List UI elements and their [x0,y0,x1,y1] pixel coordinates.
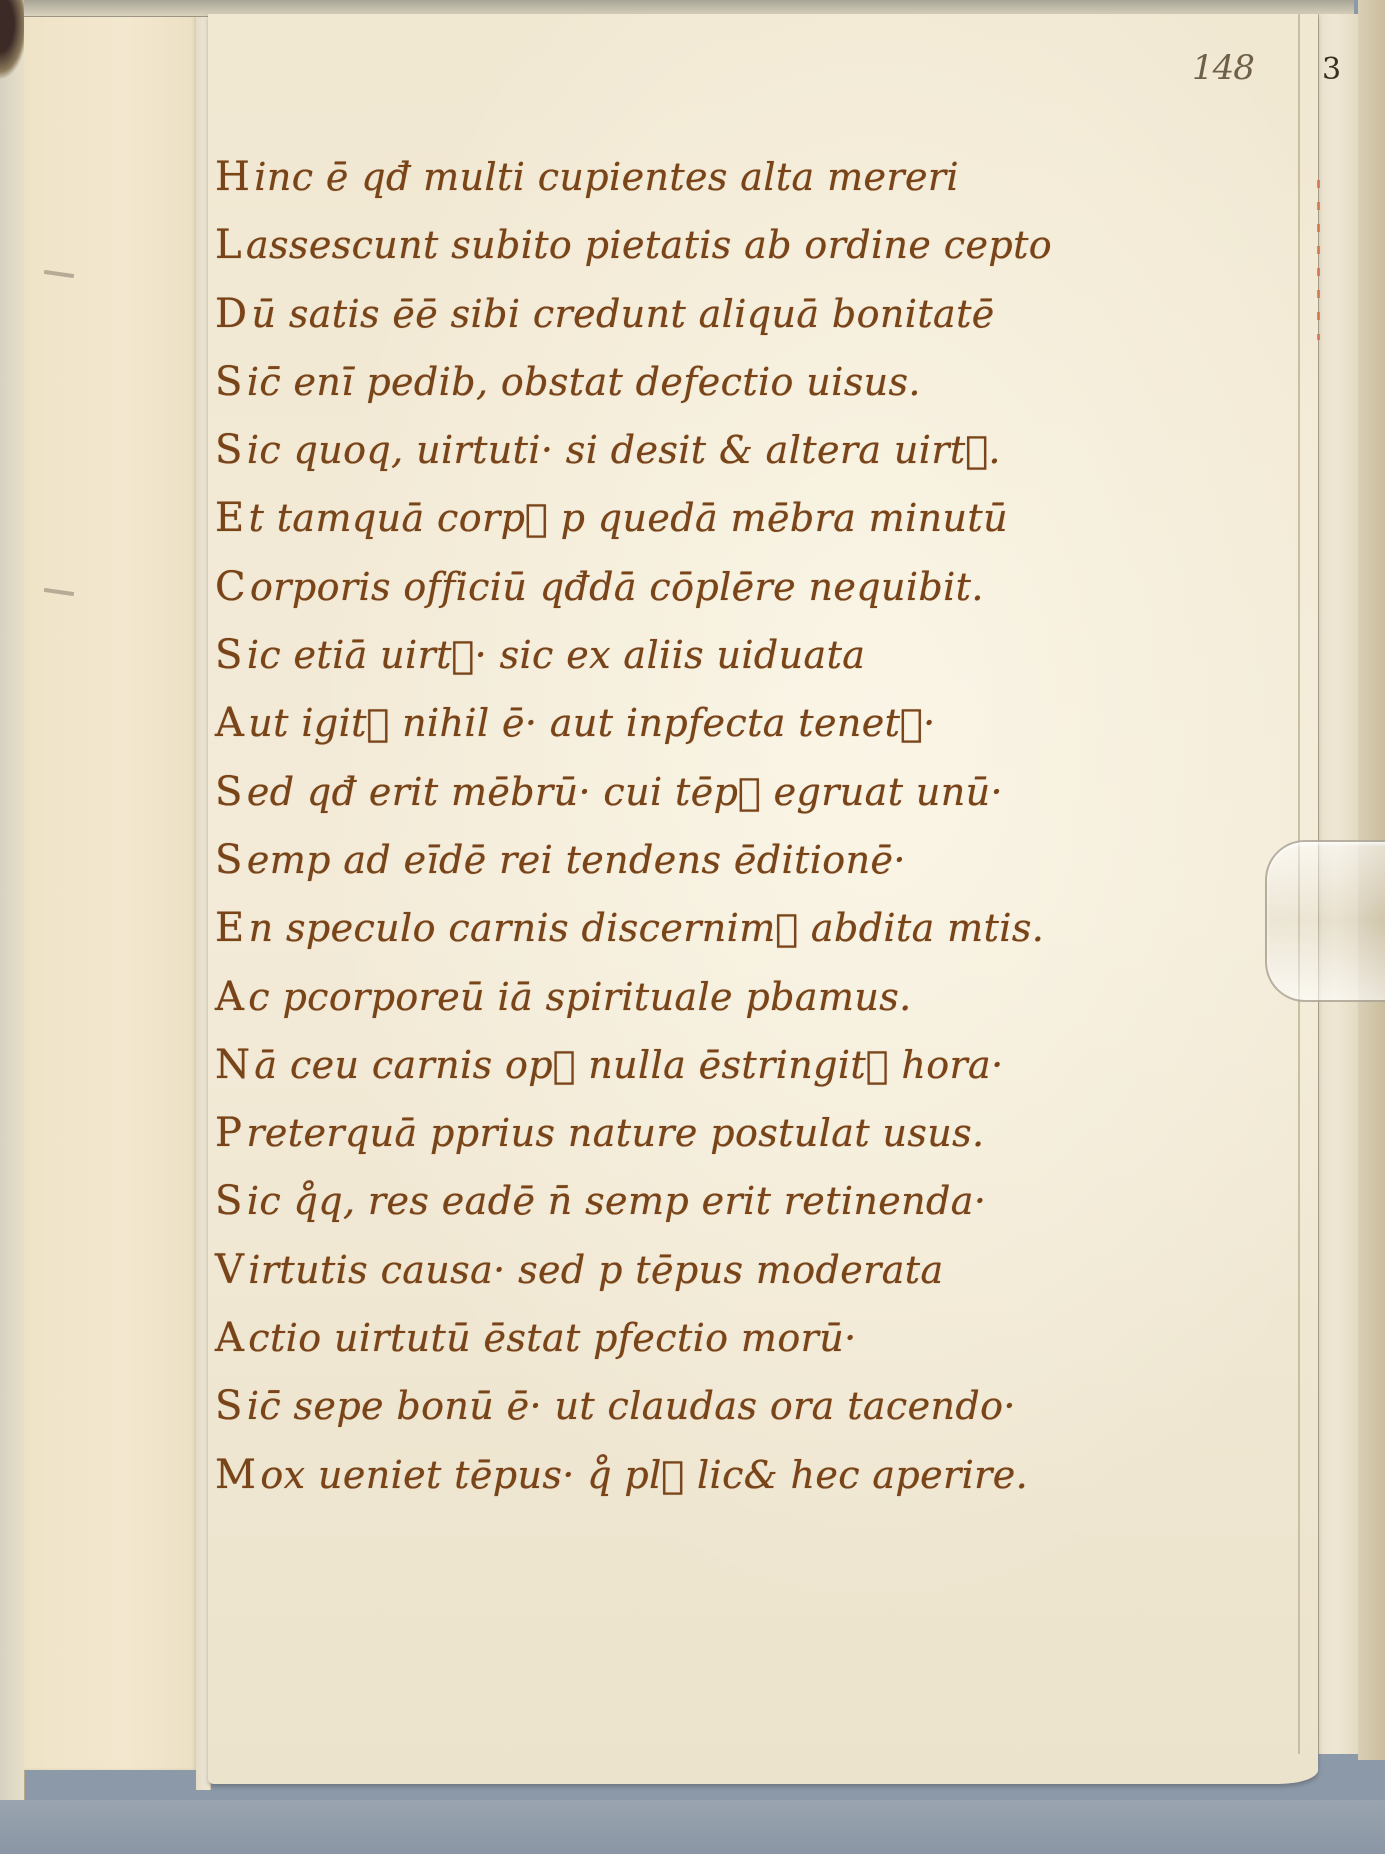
verse-text: t tamquā corp᷒ p quedā mēbra minutū [249,496,1008,540]
verse-text: ic quoq, uirtuti· si desit & altera uirt… [247,428,1001,472]
verse-initial: E [215,495,245,541]
verse-text: reterquā pprius nature postulat usus. [246,1111,984,1155]
verse-line: Aut igit᷑ nihil ē· aut inpfecta tenet᷑· [215,689,1305,757]
folio-number: 148 [1192,48,1254,88]
verse-line: Mox ueniet tēpus· q̊ pl᷒ lic& hec aperir… [215,1441,1305,1509]
verse-line: Hinc ē qđ multi cupientes alta mereri [215,143,1305,211]
verse-initial: H [215,154,250,200]
folio-alt-number: 3 [1322,52,1341,87]
verse-initial: A [215,974,244,1020]
verse-text: assescunt subito pietatis ab ordine cept… [246,223,1052,267]
verse-initial: A [215,700,244,746]
verse-initial: S [215,769,243,815]
verse-initial: S [215,427,243,473]
verse-initial: M [215,1452,256,1498]
verse-text: inc ē qđ multi cupientes alta mereri [254,155,959,199]
verse-initial: S [215,1178,243,1224]
flyleaf-stub [24,10,198,1770]
verse-text: ed qđ erit mēbrū· cui tēp᷒ egruat unū· [247,770,1003,814]
verse-initial: P [215,1110,242,1156]
verse-text: orporis officiū qđdā cōplēre nequibit. [250,565,984,609]
verse-line: Semp ad eīdē rei tendens ēditionē· [215,826,1305,894]
verse-text: ic etiā uirt᷒· sic ex aliis uiduata [247,633,866,677]
flyleaf-tear [44,270,74,278]
verse-text: ox ueniet tēpus· q̊ pl᷒ lic& hec aperire… [260,1453,1028,1497]
page-clip [1265,840,1385,1002]
verse-text: ū satis ēē sibi credunt aliquā bonitatē [251,292,994,336]
verse-initial: A [215,1315,244,1361]
verse-line: Lassescunt subito pietatis ab ordine cep… [215,211,1305,279]
verse-line: Sic̄ sepe bonū ē· ut claudas ora tacendo… [215,1372,1305,1440]
verse-initial: V [215,1247,244,1293]
verse-initial: S [215,1383,243,1429]
verse-line: Actio uirtutū ēstat pfectio morū· [215,1304,1305,1372]
verse-line: Et tamquā corp᷒ p quedā mēbra minutū [215,484,1305,552]
verse-line: Dū satis ēē sibi credunt aliquā bonitatē [215,280,1305,348]
verse-initial: C [215,564,246,610]
background-surface [0,1800,1385,1854]
verse-text: irtutis causa· sed p tēpus moderata [248,1248,943,1292]
verse-text: emp ad eīdē rei tendens ēditionē· [247,838,906,882]
verse-initial: S [215,359,243,405]
verse-initial: S [215,632,243,678]
verse-initial: L [215,222,242,268]
verse-line: Ac pcorporeū iā spirituale pbamus. [215,963,1305,1031]
verse-text: ā ceu carnis op᷒ nulla ēstringit᷑ hora· [254,1043,1003,1087]
binding-left-edge [0,0,25,1800]
verse-text: ic q̊q, res eadē n̄ semp erit retinenda· [247,1179,987,1223]
verse-text-block: Hinc ē qđ multi cupientes alta mereri La… [215,143,1305,1509]
verse-line: Sic̄ enī pedib, obstat defectio uisus. [215,348,1305,416]
verse-text: ut igit᷑ nihil ē· aut inpfecta tenet᷑· [248,701,935,745]
verse-line: Sic quoq, uirtuti· si desit & altera uir… [215,416,1305,484]
verse-text: ic̄ sepe bonū ē· ut claudas ora tacendo· [247,1384,1016,1428]
verse-line: Corporis officiū qđdā cōplēre nequibit. [215,553,1305,621]
verse-text: ic̄ enī pedib, obstat defectio uisus. [247,360,921,404]
rubric-marks [1317,180,1320,340]
verse-line: Preterquā pprius nature postulat usus. [215,1099,1305,1167]
verse-text: n speculo carnis discernim᷒ abdita mtis. [249,906,1045,950]
verse-line: En speculo carnis discernim᷒ abdita mtis… [215,894,1305,962]
verse-line: Sic q̊q, res eadē n̄ semp erit retinenda… [215,1167,1305,1235]
flyleaf-tear [44,588,74,596]
verse-text: c pcorporeū iā spirituale pbamus. [248,975,911,1019]
verse-initial: N [215,1042,250,1088]
verse-text: ctio uirtutū ēstat pfectio morū· [248,1316,856,1360]
verse-initial: D [215,291,247,337]
verse-initial: S [215,837,243,883]
verse-initial: E [215,905,245,951]
verse-line: Nā ceu carnis op᷒ nulla ēstringit᷑ hora· [215,1031,1305,1099]
verse-line: Sic etiā uirt᷒· sic ex aliis uiduata [215,621,1305,689]
verse-line: Virtutis causa· sed p tēpus moderata [215,1236,1305,1304]
verse-line: Sed qđ erit mēbrū· cui tēp᷒ egruat unū· [215,758,1305,826]
